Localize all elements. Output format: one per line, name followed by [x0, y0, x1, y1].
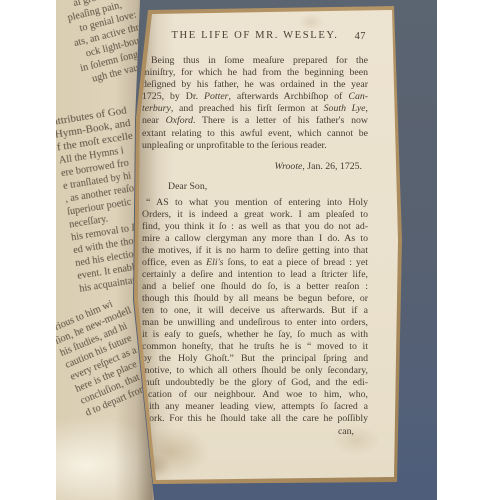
- text-line: office, even as Eli's ſons, to eat a pie…: [142, 257, 368, 269]
- photo-margin-right: [437, 0, 500, 500]
- text-line: muſt undoubtedly be the glory of God, an…: [142, 377, 368, 389]
- catchword: can,: [142, 426, 368, 438]
- text-line: Wroote, Jan. 26, 1725.: [142, 160, 362, 173]
- text-line: the motives, if it is no harm to deſire …: [142, 245, 368, 257]
- text-line: though this ſhould by all means be begun…: [142, 293, 368, 305]
- text-line: find, you think it ſo : as well as that …: [142, 221, 368, 233]
- text-line: motive, to which all others ſhould be on…: [142, 365, 368, 377]
- letter-salutation: Dear Son,: [142, 180, 368, 193]
- text-line: deſigned by his father, he was ordained …: [142, 79, 368, 91]
- text-line: work. For this he ſhould take all the ca…: [142, 413, 368, 425]
- text-line: extant relating to this awful event, whi…: [142, 128, 368, 140]
- text-line: it is eaſy to gueſs, whether he ſay, ſo …: [142, 329, 368, 341]
- running-header-title: THE LIFE OF MR. WESLEY.: [171, 30, 338, 41]
- text-line: mire a callow clergyman any more than I …: [142, 233, 368, 245]
- letter-dateline: Wroote, Jan. 26, 1725.: [142, 160, 368, 173]
- screenshot-root: a train,al grove,pleaſing pain,to genial…: [0, 0, 500, 500]
- text-line: miniſtry, for which he had from the begi…: [142, 67, 368, 79]
- text-line: by the Holy Ghoſt.” But the principal ſp…: [142, 353, 368, 365]
- text-line: “ AS to what you mention of entering int…: [142, 197, 368, 209]
- text-line: fication of our neighbour. And woe to hi…: [142, 389, 368, 401]
- text-line: 1725, by Dr. Potter, afterwards Archbiſh…: [142, 91, 368, 103]
- text-line: man be unwilling and undeſirous to enter…: [142, 317, 368, 329]
- paragraph-letter-body: “ AS to what you mention of entering int…: [142, 197, 368, 425]
- text-line: certainly a deſire and intention to lead…: [142, 269, 368, 281]
- text-line: ten to one, it will deceive us afterward…: [142, 305, 368, 317]
- text-line: Being thus in ſome meaſure prepared for …: [142, 55, 368, 67]
- text-line: common honeſty, that he truſts he is “ m…: [142, 341, 368, 353]
- text-line: Orders, it is indeed a great work. I am …: [142, 209, 368, 221]
- text-line: near Oxford. There is a letter of his fa…: [142, 115, 368, 127]
- text-line: terbury, and preached his firſt ſermon a…: [142, 103, 368, 115]
- text-line: and a belief one ſhould do ſo, is a bett…: [142, 281, 368, 293]
- book-photo: a train,al grove,pleaſing pain,to genial…: [56, 0, 437, 500]
- text-line: unpleaſing or unprofitable to the ſeriou…: [142, 140, 368, 152]
- paragraph-ordination: Being thus in ſome meaſure prepared for …: [142, 55, 368, 152]
- page-text-block: THE LIFE OF MR. WESLEY. 47 Being thus in…: [142, 30, 368, 438]
- text-line: with any meaner leading view, attempts ſ…: [142, 401, 368, 413]
- running-header: THE LIFE OF MR. WESLEY. 47: [142, 30, 368, 44]
- page-number: 47: [355, 31, 366, 42]
- photo-margin-left: [0, 0, 56, 500]
